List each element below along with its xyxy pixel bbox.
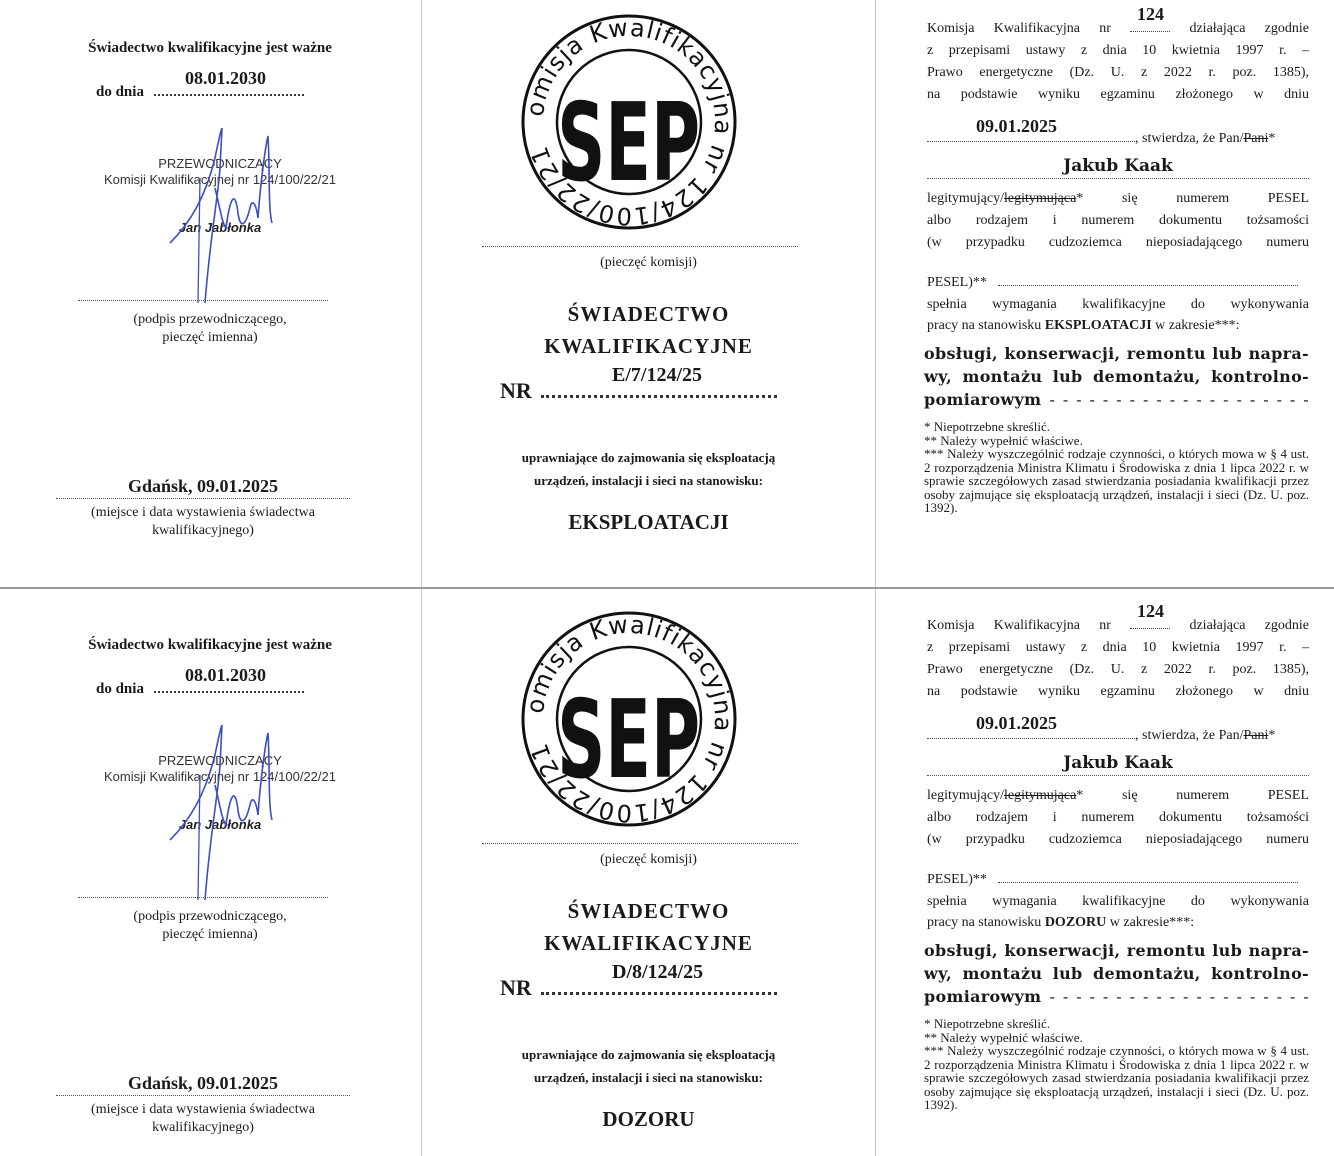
nr-label: NR — [500, 975, 532, 1000]
page-separator — [0, 587, 1334, 589]
stamp-caption: (pieczęć komisji) — [422, 254, 875, 272]
holder-name: Jakub Kaak — [927, 156, 1309, 176]
certificate-title: ŚWIADECTWO KWALIFIKACYJNE — [422, 895, 875, 959]
certificate-number: D/8/124/25 — [612, 961, 703, 984]
scope-line-1: obsługi, konserwacji, remontu lub napra- — [924, 939, 1309, 962]
signature-caption: (podpis przewodniczącego, pieczęć imienn… — [40, 908, 380, 944]
exam-line: na podstawie wyniku egzaminu złożonego w… — [927, 84, 1309, 106]
signature-icon — [160, 128, 290, 303]
valid-until-date: 08.01.2030 — [185, 665, 266, 686]
chairman-title: PRZEWODNICZĄCY — [30, 753, 410, 768]
sep-stamp-icon: Komisja Kwalifikacyjna nr 124/100/22/21 … — [517, 607, 741, 831]
committee-line: Komisja Kwalifikacyjna nr działająca zgo… — [927, 615, 1309, 637]
scope-line-3: pomiarowym - - - - - - - - - - - - - - -… — [924, 388, 1309, 411]
law-line-2: Prawo energetyczne (Dz. U. z 2022 r. poz… — [927, 62, 1309, 84]
certificate-title: ŚWIADECTWO KWALIFIKACYJNE — [422, 298, 875, 362]
signature-caption: (podpis przewodniczącego, pieczęć imienn… — [40, 311, 380, 347]
exam-line: na podstawie wyniku egzaminu złożonego w… — [927, 681, 1309, 703]
valid-until-date: 08.01.2030 — [185, 68, 266, 89]
scope-line-3: pomiarowym - - - - - - - - - - - - - - -… — [924, 985, 1309, 1008]
chairman-name: Jan Jabłonka — [30, 817, 410, 832]
validity-title: Świadectwo kwalifikacyjne jest ważne — [0, 637, 420, 654]
stamp-caption: (pieczęć komisji) — [422, 851, 875, 869]
holder-name: Jakub Kaak — [927, 753, 1309, 773]
place-date-caption: (miejsce i data wystawienia świadectwa k… — [30, 504, 376, 540]
id-line-2: albo rodzajem i numerem dokumentu tożsam… — [927, 210, 1309, 232]
stamp-line — [482, 246, 798, 247]
place-date-line — [56, 1095, 350, 1096]
id-line-3: (w przypadku cudzoziemca nieposiadająceg… — [927, 232, 1309, 254]
certificate-number: E/7/124/25 — [612, 364, 702, 387]
scope-intro: pracy na stanowisku DOZORU w zakresie***… — [927, 912, 1309, 934]
holder-name-line — [927, 775, 1309, 776]
id-line-2: albo rodzajem i numerem dokumentu tożsam… — [927, 807, 1309, 829]
nr-label: NR — [500, 378, 532, 403]
scope-position: DOZORU — [1045, 915, 1106, 930]
holder-name-line — [927, 178, 1309, 179]
exam-date: 09.01.2025 — [976, 116, 1057, 137]
place-date: Gdańsk, 09.01.2025 — [0, 476, 406, 497]
law-line-2: Prawo energetyczne (Dz. U. z 2022 r. poz… — [927, 659, 1309, 681]
scope-position: EKSPLOATACJI — [1045, 318, 1152, 333]
svg-text:SEP: SEP — [557, 81, 700, 206]
valid-until-label: do dnia — [96, 84, 144, 100]
exam-date: 09.01.2025 — [976, 713, 1057, 734]
chairman-committee: Komisji Kwalifikacyjnej nr 124/100/22/21 — [30, 172, 410, 187]
id-line-3: (w przypadku cudzoziemca nieposiadająceg… — [927, 829, 1309, 851]
sep-stamp-icon: Komisja Kwalifikacyjna nr 124/100/22/21 … — [517, 10, 741, 234]
struck-gender: Pani — [1243, 728, 1268, 743]
chairman-title: PRZEWODNICZĄCY — [30, 156, 410, 171]
scope-line-2: wy, montażu lub demontażu, kontrolno- — [924, 962, 1309, 985]
id-line-1: legitymujący/legitymująca* się numerem P… — [927, 188, 1309, 210]
law-line-1: z przepisami ustawy z dnia 10 kwietnia 1… — [927, 637, 1309, 659]
requirements-line: spełnia wymagania kwalifikacyjne do wyko… — [927, 891, 1309, 913]
scope-line-1: obsługi, konserwacji, remontu lub napra- — [924, 342, 1309, 365]
svg-text:SEP: SEP — [557, 678, 700, 803]
requirements-line: spełnia wymagania kwalifikacyjne do wyko… — [927, 294, 1309, 316]
signature-line — [78, 300, 328, 301]
fold-line-right — [875, 0, 876, 1156]
law-line-1: z przepisami ustawy z dnia 10 kwietnia 1… — [927, 40, 1309, 62]
valid-until-label: do dnia — [96, 681, 144, 697]
authorization-text: uprawniające do zajmowania się eksploata… — [422, 446, 875, 492]
committee-number: 124 — [1137, 601, 1164, 622]
pesel-row: PESEL)** — [927, 869, 1309, 891]
pesel-row: PESEL)** — [927, 272, 1309, 294]
chairman-name: Jan Jabłonka — [30, 220, 410, 235]
place-date-caption: (miejsce i data wystawienia świadectwa k… — [30, 1101, 376, 1137]
fold-line-left — [421, 0, 422, 1156]
footnotes: * Niepotrzebne skreślić. ** Należy wypeł… — [924, 1017, 1309, 1112]
authorization-text: uprawniające do zajmowania się eksploata… — [422, 1043, 875, 1089]
place-date: Gdańsk, 09.01.2025 — [0, 1073, 406, 1094]
position-name: EKSPLOATACJI — [422, 510, 875, 535]
signature-line — [78, 897, 328, 898]
place-date-line — [56, 498, 350, 499]
signature-icon — [160, 725, 290, 900]
committee-number: 124 — [1137, 4, 1164, 25]
committee-line: Komisja Kwalifikacyjna nr działająca zgo… — [927, 18, 1309, 40]
validity-title: Świadectwo kwalifikacyjne jest ważne — [0, 40, 420, 57]
id-line-1: legitymujący/legitymująca* się numerem P… — [927, 785, 1309, 807]
chairman-committee: Komisji Kwalifikacyjnej nr 124/100/22/21 — [30, 769, 410, 784]
stamp-line — [482, 843, 798, 844]
struck-gender: Pani — [1243, 131, 1268, 146]
scope-intro: pracy na stanowisku EKSPLOATACJI w zakre… — [927, 315, 1309, 337]
footnotes: * Niepotrzebne skreślić. ** Należy wypeł… — [924, 420, 1309, 515]
scope-line-2: wy, montażu lub demontażu, kontrolno- — [924, 365, 1309, 388]
position-name: DOZORU — [422, 1107, 875, 1132]
